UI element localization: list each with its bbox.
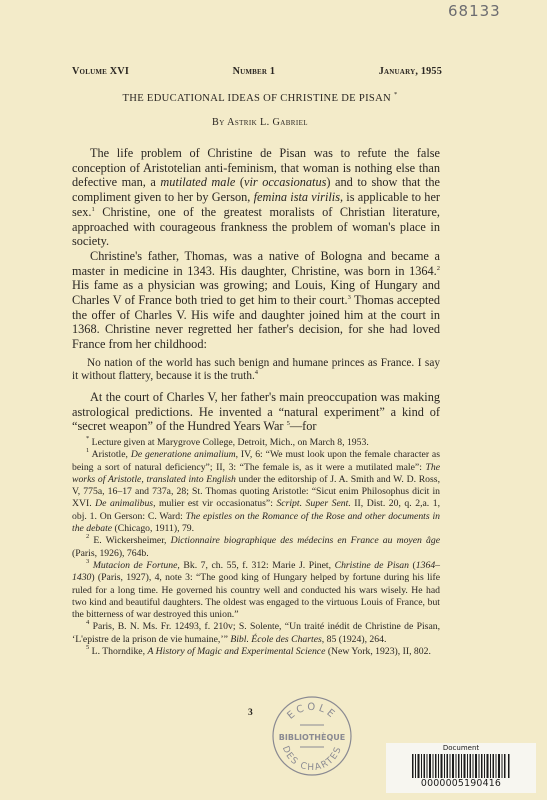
svg-text:DES CHARTES: DES CHARTES (280, 745, 344, 773)
svg-text:BIBLIOTHÈQUE: BIBLIOTHÈQUE (279, 731, 345, 742)
footnote-2: 2 E. Wickersheimer, Dictionnaire biograp… (72, 535, 440, 560)
author-byline: By Astrik L. Gabriel (60, 117, 460, 128)
footnote-ref: 2 (437, 265, 440, 272)
volume-label: Volume XVI (72, 66, 129, 77)
footnote-ref: 4 (255, 369, 258, 376)
footnote-3: 3 Mutacion de Fortune, Bk. 7, ch. 55, f.… (72, 560, 440, 621)
footnote-1: 1 Aristotle, De generatione animalium, I… (72, 449, 440, 535)
article-body: The life problem of Christine de Pisan w… (72, 146, 440, 434)
footnote-4: 4 Paris, B. N. Ms. Fr. 12493, f. 210v; S… (72, 621, 440, 646)
title-footnote-mark: * (394, 91, 398, 98)
issue-number: Number 1 (233, 66, 276, 77)
running-head: Volume XVI Number 1 January, 1955 (72, 66, 442, 77)
article-title: THE EDUCATIONAL IDEAS OF CHRISTINE DE PI… (60, 93, 460, 104)
footnotes: * Lecture given at Marygrove College, De… (72, 437, 440, 658)
issue-date: January, 1955 (379, 66, 442, 77)
block-quote: No nation of the world has such benign a… (72, 357, 440, 384)
library-stamp-icon: ECOLE BIBLIOTHÈQUE DES CHARTES (270, 694, 354, 778)
svg-text:ECOLE: ECOLE (285, 702, 338, 722)
barcode-caption: Document (386, 744, 536, 753)
barcode-icon (412, 754, 510, 778)
barcode-label: Document 0000005190416 (386, 743, 536, 793)
page-number: 3 (248, 708, 253, 718)
footnote-5: 5 L. Thorndike, A History of Magic and E… (72, 646, 440, 658)
handwritten-ms-number: 68133 (448, 2, 501, 20)
footnote-star: * Lecture given at Marygrove College, De… (72, 437, 440, 449)
paragraph-3: At the court of Charles V, her father's … (72, 390, 440, 434)
paragraph-2: Christine's father, Thomas, was a native… (72, 249, 440, 352)
document-page: 68133 Volume XVI Number 1 January, 1955 … (0, 0, 547, 800)
barcode-number: 0000005190416 (386, 778, 536, 789)
paragraph-1: The life problem of Christine de Pisan w… (72, 146, 440, 249)
